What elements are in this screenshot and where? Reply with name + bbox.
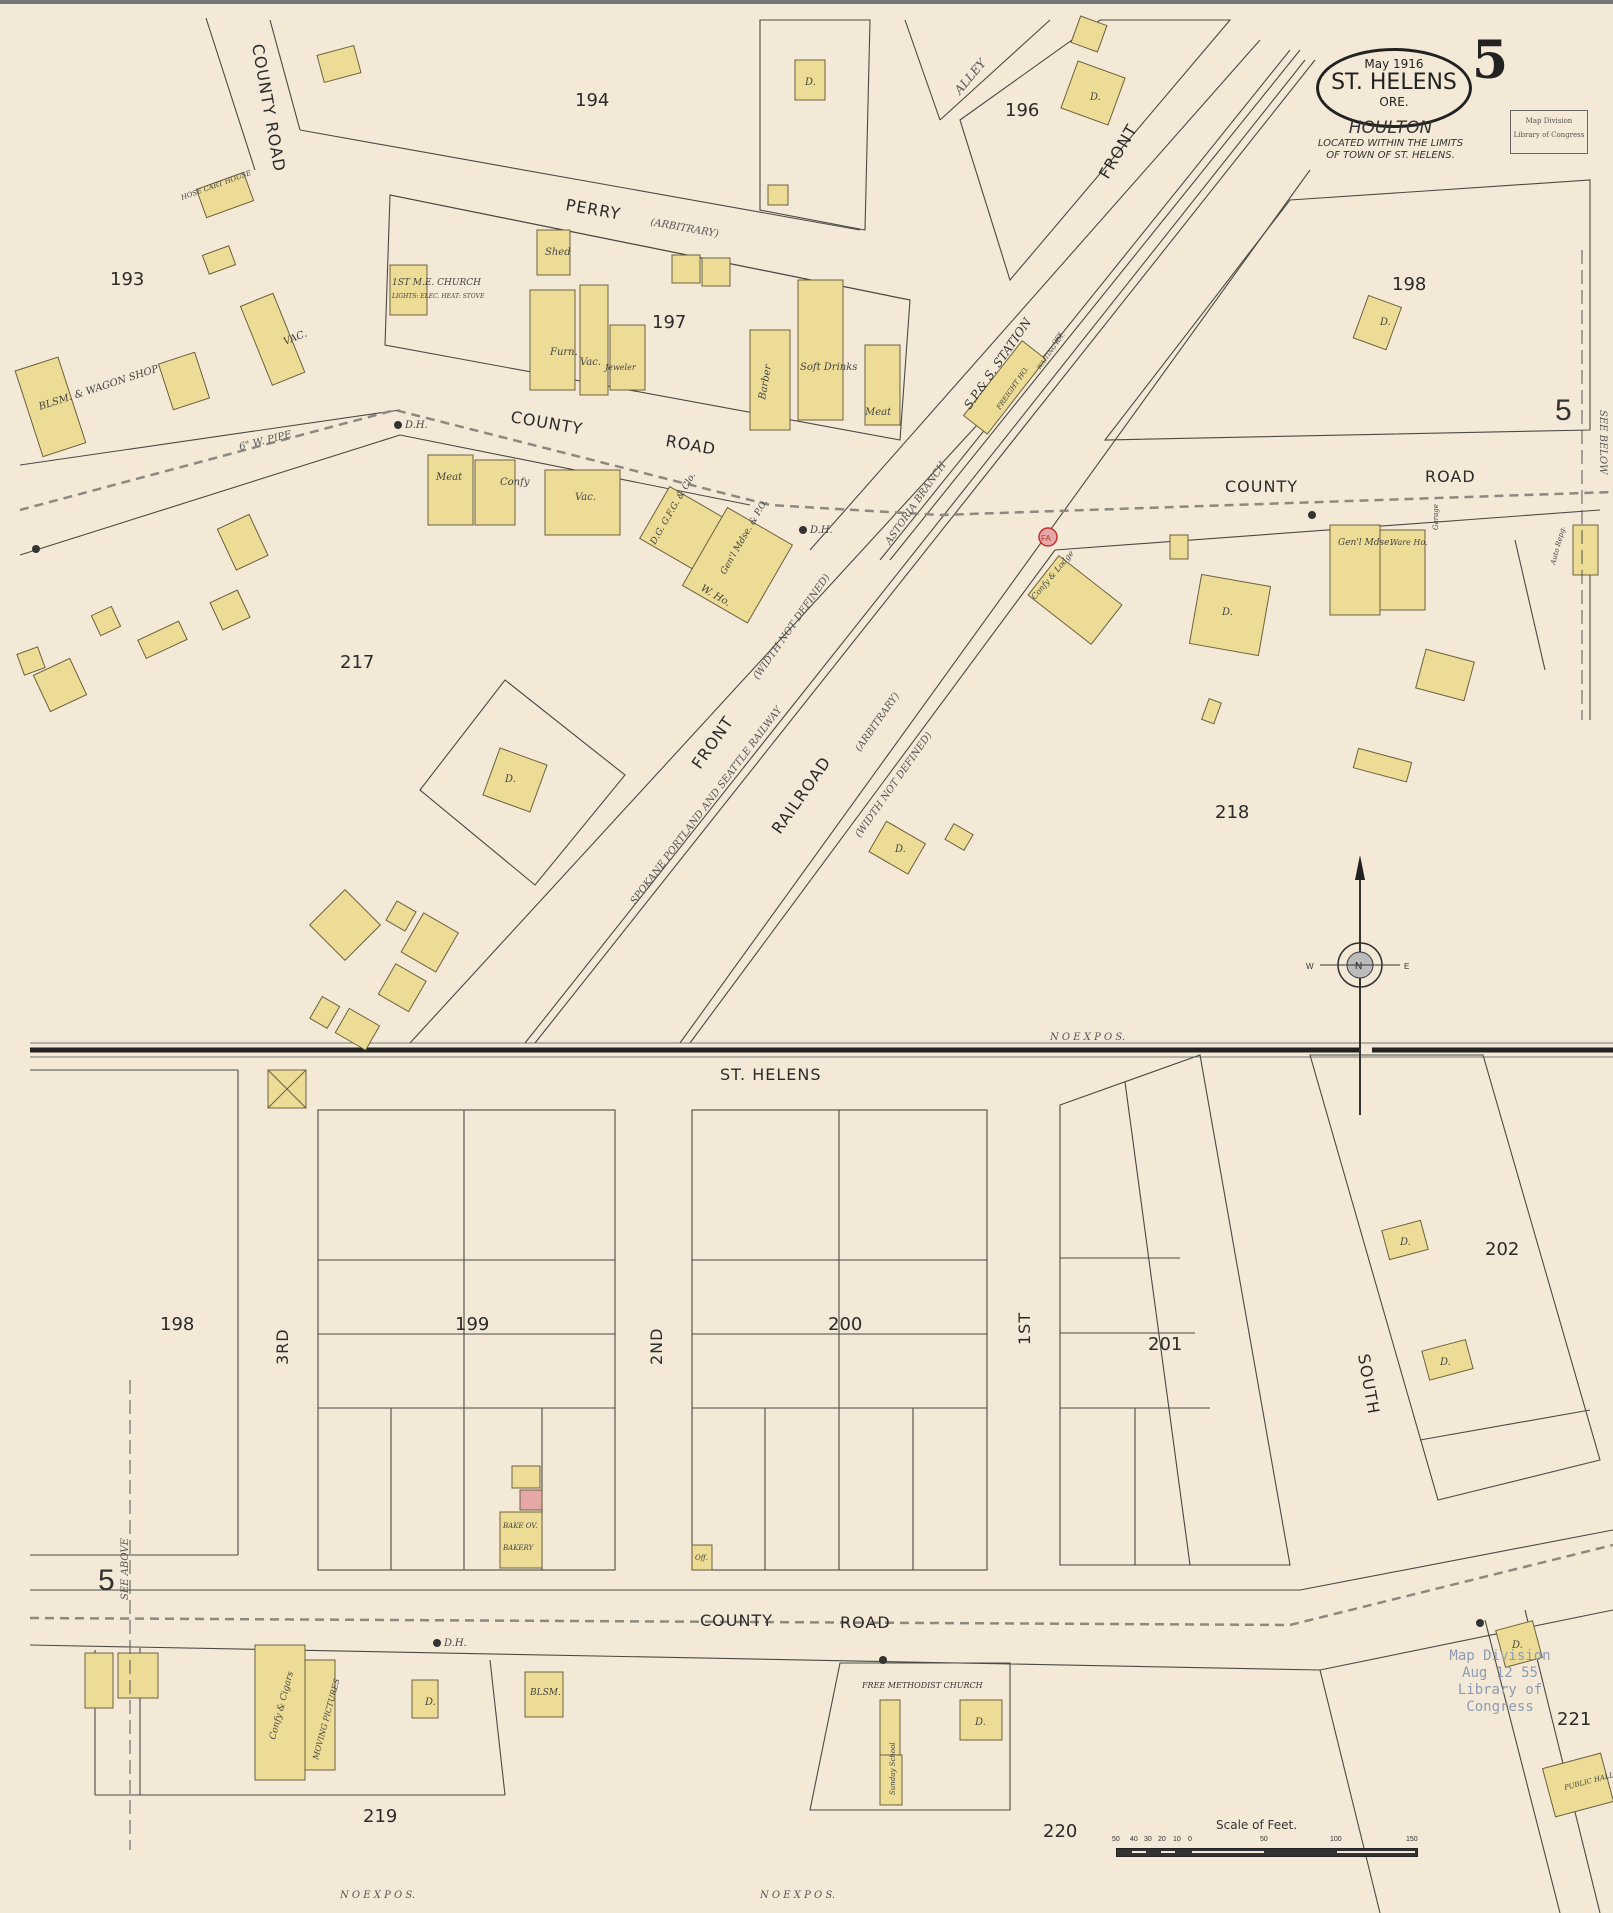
street-county-road-vertical: COUNTY ROAD <box>248 42 289 173</box>
map-state: ORE. <box>1319 95 1469 109</box>
svg-text:LIGHTS: ELEC. HEAT: STOVE: LIGHTS: ELEC. HEAT: STOVE <box>391 293 485 300</box>
street-names: COUNTY ROAD PERRY (ARBITRARY) COUNTY ROA… <box>238 42 1476 1901</box>
block-196-outline <box>960 20 1230 280</box>
block-220-label: 220 <box>1043 1821 1077 1842</box>
svg-text:BAKE OV.: BAKE OV. <box>502 1522 537 1530</box>
svg-text:1ST M.E. CHURCH: 1ST M.E. CHURCH <box>392 278 481 288</box>
houlton-note-1: LOCATED WITHIN THE LIMITS <box>1298 138 1483 150</box>
svg-text:D.H.: D.H. <box>809 525 833 536</box>
no-exposure-bottom-mid: N O E X P O S. <box>759 1890 835 1901</box>
svg-text:Confy: Confy <box>500 477 530 488</box>
fire-alarm-marker: FA <box>1039 528 1057 546</box>
svg-text:N: N <box>1355 961 1362 972</box>
houlton-title: HOULTON <box>1298 118 1483 138</box>
blocks-bottom <box>30 1055 1613 1913</box>
svg-text:Auto Repg.: Auto Repg. <box>1549 525 1567 566</box>
street-perry-note: (ARBITRARY) <box>649 217 719 240</box>
street-county-top-left: COUNTY <box>509 407 584 438</box>
svg-text:Meat: Meat <box>435 472 463 483</box>
svg-text:Meat: Meat <box>864 407 892 418</box>
svg-text:SEE BELOW: SEE BELOW <box>1597 410 1608 475</box>
library-of-congress-stamp: Map Division Aug 12 55 Library of Congre… <box>1420 1648 1580 1716</box>
svg-text:Gen'l Mdse.: Gen'l Mdse. <box>1338 538 1392 548</box>
houlton-note-2: OF TOWN OF ST. HELENS. <box>1298 150 1483 162</box>
svg-text:Shed: Shed <box>545 247 571 258</box>
block-194-label: 194 <box>575 90 609 111</box>
fire-insurance-map: FA 194 193 196 197 198 217 218 198 199 2… <box>0 0 1613 1913</box>
map-division-stamp: Map Division Library of Congress <box>1510 110 1588 154</box>
block-202-label: 202 <box>1485 1239 1519 1260</box>
street-county-top-right: COUNTY <box>1225 477 1298 496</box>
street-railroad-note-2: (ARBITRARY) <box>853 691 902 754</box>
svg-text:SEE ABOVE: SEE ABOVE <box>120 1537 131 1600</box>
svg-text:Soft Drinks: Soft Drinks <box>800 362 857 373</box>
scale-ticks: 50 40 30 20 10 0 50 100 150 <box>1116 1836 1416 1846</box>
lc-stamp-line-2: Aug 12 55 <box>1420 1665 1580 1682</box>
svg-text:Furn.: Furn. <box>549 347 578 358</box>
scale-bar <box>1116 1848 1418 1857</box>
street-perry: PERRY <box>564 195 622 223</box>
svg-text:D.H.: D.H. <box>404 420 428 431</box>
svg-text:W: W <box>1306 962 1314 971</box>
title-cartouche: May 1916 ST. HELENS ORE. <box>1316 48 1472 128</box>
svg-text:5: 5 <box>1555 394 1572 427</box>
block-201-label: 201 <box>1148 1334 1182 1355</box>
compass-rose: W E N <box>1306 855 1409 1115</box>
no-exposure-divider: N O E X P O S. <box>1049 1032 1125 1043</box>
no-exposure-bottom-left: N O E X P O S. <box>339 1890 415 1901</box>
svg-text:D.: D. <box>1399 1237 1411 1248</box>
block-198-top-outline <box>1105 180 1590 440</box>
block-219-label: 219 <box>363 1806 397 1827</box>
block-199-label: 199 <box>455 1314 489 1335</box>
street-railroad: RAILROAD <box>768 753 835 837</box>
svg-text:E: E <box>1404 962 1409 971</box>
svg-text:Ware Ho.: Ware Ho. <box>1390 538 1428 547</box>
street-south: SOUTH <box>1354 1352 1383 1416</box>
scale-caption: Scale of Feet. <box>1216 1818 1297 1832</box>
svg-text:D.: D. <box>804 77 816 88</box>
block-196-label: 196 <box>1005 100 1039 121</box>
houlton-note: HOULTON LOCATED WITHIN THE LIMITS OF TOW… <box>1298 118 1483 162</box>
block-193-label: 193 <box>110 269 144 290</box>
svg-text:D.: D. <box>1221 607 1233 618</box>
svg-text:D.H.: D.H. <box>443 1638 467 1649</box>
block-218-label: 218 <box>1215 802 1249 823</box>
block-198-top-label: 198 <box>1392 274 1426 295</box>
svg-text:D.: D. <box>894 844 906 855</box>
svg-text:BLSM.: BLSM. <box>529 1688 561 1698</box>
map-date: May 1916 <box>1319 57 1469 71</box>
street-alley: ALLEY <box>951 55 990 97</box>
street-front-mid: FRONT <box>688 713 738 773</box>
svg-text:Vac.: Vac. <box>575 492 596 503</box>
stamp-line-1: Map Division <box>1511 117 1587 125</box>
svg-text:Off.: Off. <box>695 1554 708 1562</box>
lc-stamp-line-1: Map Division <box>1420 1648 1580 1665</box>
svg-text:D.: D. <box>1379 317 1391 328</box>
svg-text:D.: D. <box>1089 92 1101 103</box>
svg-text:D.: D. <box>1439 1357 1451 1368</box>
street-first: 1ST <box>1015 1312 1034 1345</box>
block-198-bottom-label: 198 <box>160 1314 194 1335</box>
svg-text:FA: FA <box>1041 534 1051 543</box>
stamp-line-2: Library of Congress <box>1511 131 1587 139</box>
svg-text:Vac.: Vac. <box>580 357 601 368</box>
street-road-bottom: ROAD <box>840 1613 891 1632</box>
svg-text:D.: D. <box>974 1717 986 1728</box>
svg-text:Sunday School: Sunday School <box>889 1742 897 1795</box>
buildings-bottom <box>85 1070 1613 1817</box>
street-front-top: FRONT <box>1095 121 1141 182</box>
block-217-label: 217 <box>340 652 374 673</box>
block-197-label: 197 <box>652 312 686 333</box>
street-st-helens: ST. HELENS <box>720 1065 822 1084</box>
hydrant-labels: D.H. D.H. D.H. <box>404 420 833 1649</box>
street-road-top-left: ROAD <box>664 431 717 459</box>
block-200-label: 200 <box>828 1314 862 1335</box>
street-third: 3RD <box>273 1328 292 1365</box>
svg-text:Jeweler: Jeweler <box>603 363 637 372</box>
street-road-top-right: ROAD <box>1425 467 1476 486</box>
svg-text:Garage: Garage <box>1432 504 1440 530</box>
svg-text:D.: D. <box>424 1697 436 1708</box>
svg-text:D.: D. <box>504 774 516 785</box>
lc-stamp-line-3: Library of Congress <box>1420 1682 1580 1716</box>
sheet-number: 5 <box>1472 30 1508 91</box>
street-second: 2ND <box>647 1328 666 1365</box>
street-county-bottom: COUNTY <box>700 1611 773 1630</box>
svg-text:5: 5 <box>98 1564 115 1597</box>
map-city: ST. HELENS <box>1319 71 1469 95</box>
svg-text:FREE METHODIST CHURCH: FREE METHODIST CHURCH <box>861 1681 984 1690</box>
svg-text:BAKERY: BAKERY <box>502 1544 535 1552</box>
